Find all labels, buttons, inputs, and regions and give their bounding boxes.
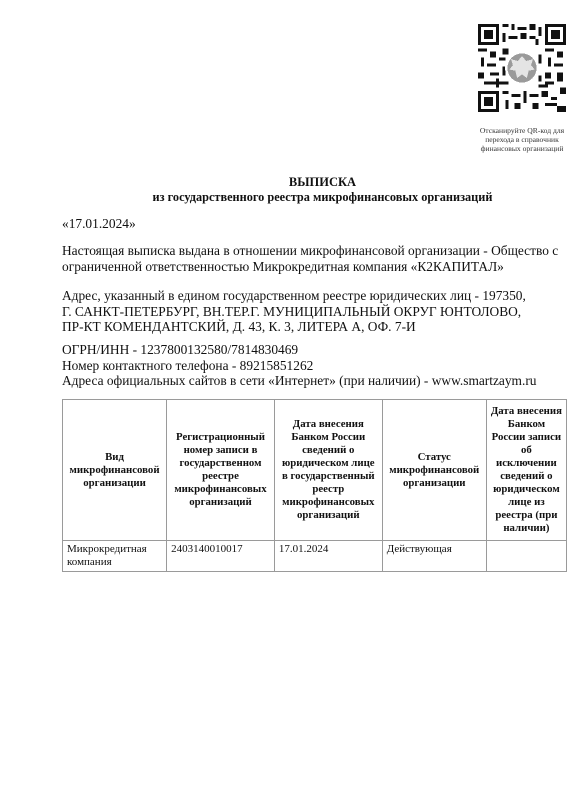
- table-row: Микрокредитная компания 2403140010017 17…: [63, 541, 567, 572]
- address-line: Г. САНКТ-ПЕТЕРБУРГ, ВН.ТЕР.Г. МУНИЦИПАЛЬ…: [62, 304, 572, 320]
- header-inclusion-date: Дата внесения Банком России сведений о ю…: [274, 400, 382, 541]
- cell-registration-number: 2403140010017: [167, 541, 275, 572]
- document-date: «17.01.2024»: [62, 216, 572, 232]
- qr-caption-line: перехода в справочник: [466, 135, 578, 144]
- qr-code-icon[interactable]: [478, 24, 566, 112]
- qr-caption-line: Отсканируйте QR-код для: [466, 126, 578, 135]
- details-block: ОГРН/ИНН - 1237800132580/7814830469 Номе…: [62, 342, 572, 389]
- header-status: Статус микрофинансовой организации: [382, 400, 486, 541]
- address-line: Адрес, указанный в едином государственно…: [62, 288, 572, 304]
- contact-phone: Номер контактного телефона - 89215851262: [62, 358, 572, 374]
- qr-caption-line: финансовых организаций: [466, 144, 578, 153]
- document-title: ВЫПИСКА из государственного реестра микр…: [0, 175, 585, 205]
- ogrn-inn: ОГРН/ИНН - 1237800132580/7814830469: [62, 342, 572, 358]
- table-header-row: Вид микрофинансовой организации Регистра…: [63, 400, 567, 541]
- cell-mfo-type: Микрокредитная компания: [63, 541, 167, 572]
- address-block: Адрес, указанный в едином государственно…: [62, 288, 572, 335]
- intro-paragraph: Настоящая выписка выдана в отношении мик…: [62, 243, 572, 274]
- cell-exclusion-date: [486, 541, 566, 572]
- qr-block: Отсканируйте QR-код для перехода в справ…: [466, 24, 578, 153]
- header-registration-number: Регистрационный номер записи в государст…: [167, 400, 275, 541]
- title-subtitle: из государственного реестра микрофинансо…: [0, 190, 585, 205]
- title-main: ВЫПИСКА: [0, 175, 585, 190]
- header-exclusion-date: Дата внесения Банком России записи об ис…: [486, 400, 566, 541]
- header-mfo-type: Вид микрофинансовой организации: [63, 400, 167, 541]
- qr-caption: Отсканируйте QR-код для перехода в справ…: [466, 126, 578, 153]
- cell-status: Действующая: [382, 541, 486, 572]
- registry-table: Вид микрофинансовой организации Регистра…: [62, 399, 567, 572]
- official-websites: Адреса официальных сайтов в сети «Интерн…: [62, 373, 572, 389]
- address-line: ПР-КТ КОМЕНДАНТСКИЙ, Д. 43, К. 3, ЛИТЕРА…: [62, 319, 572, 335]
- cell-inclusion-date: 17.01.2024: [274, 541, 382, 572]
